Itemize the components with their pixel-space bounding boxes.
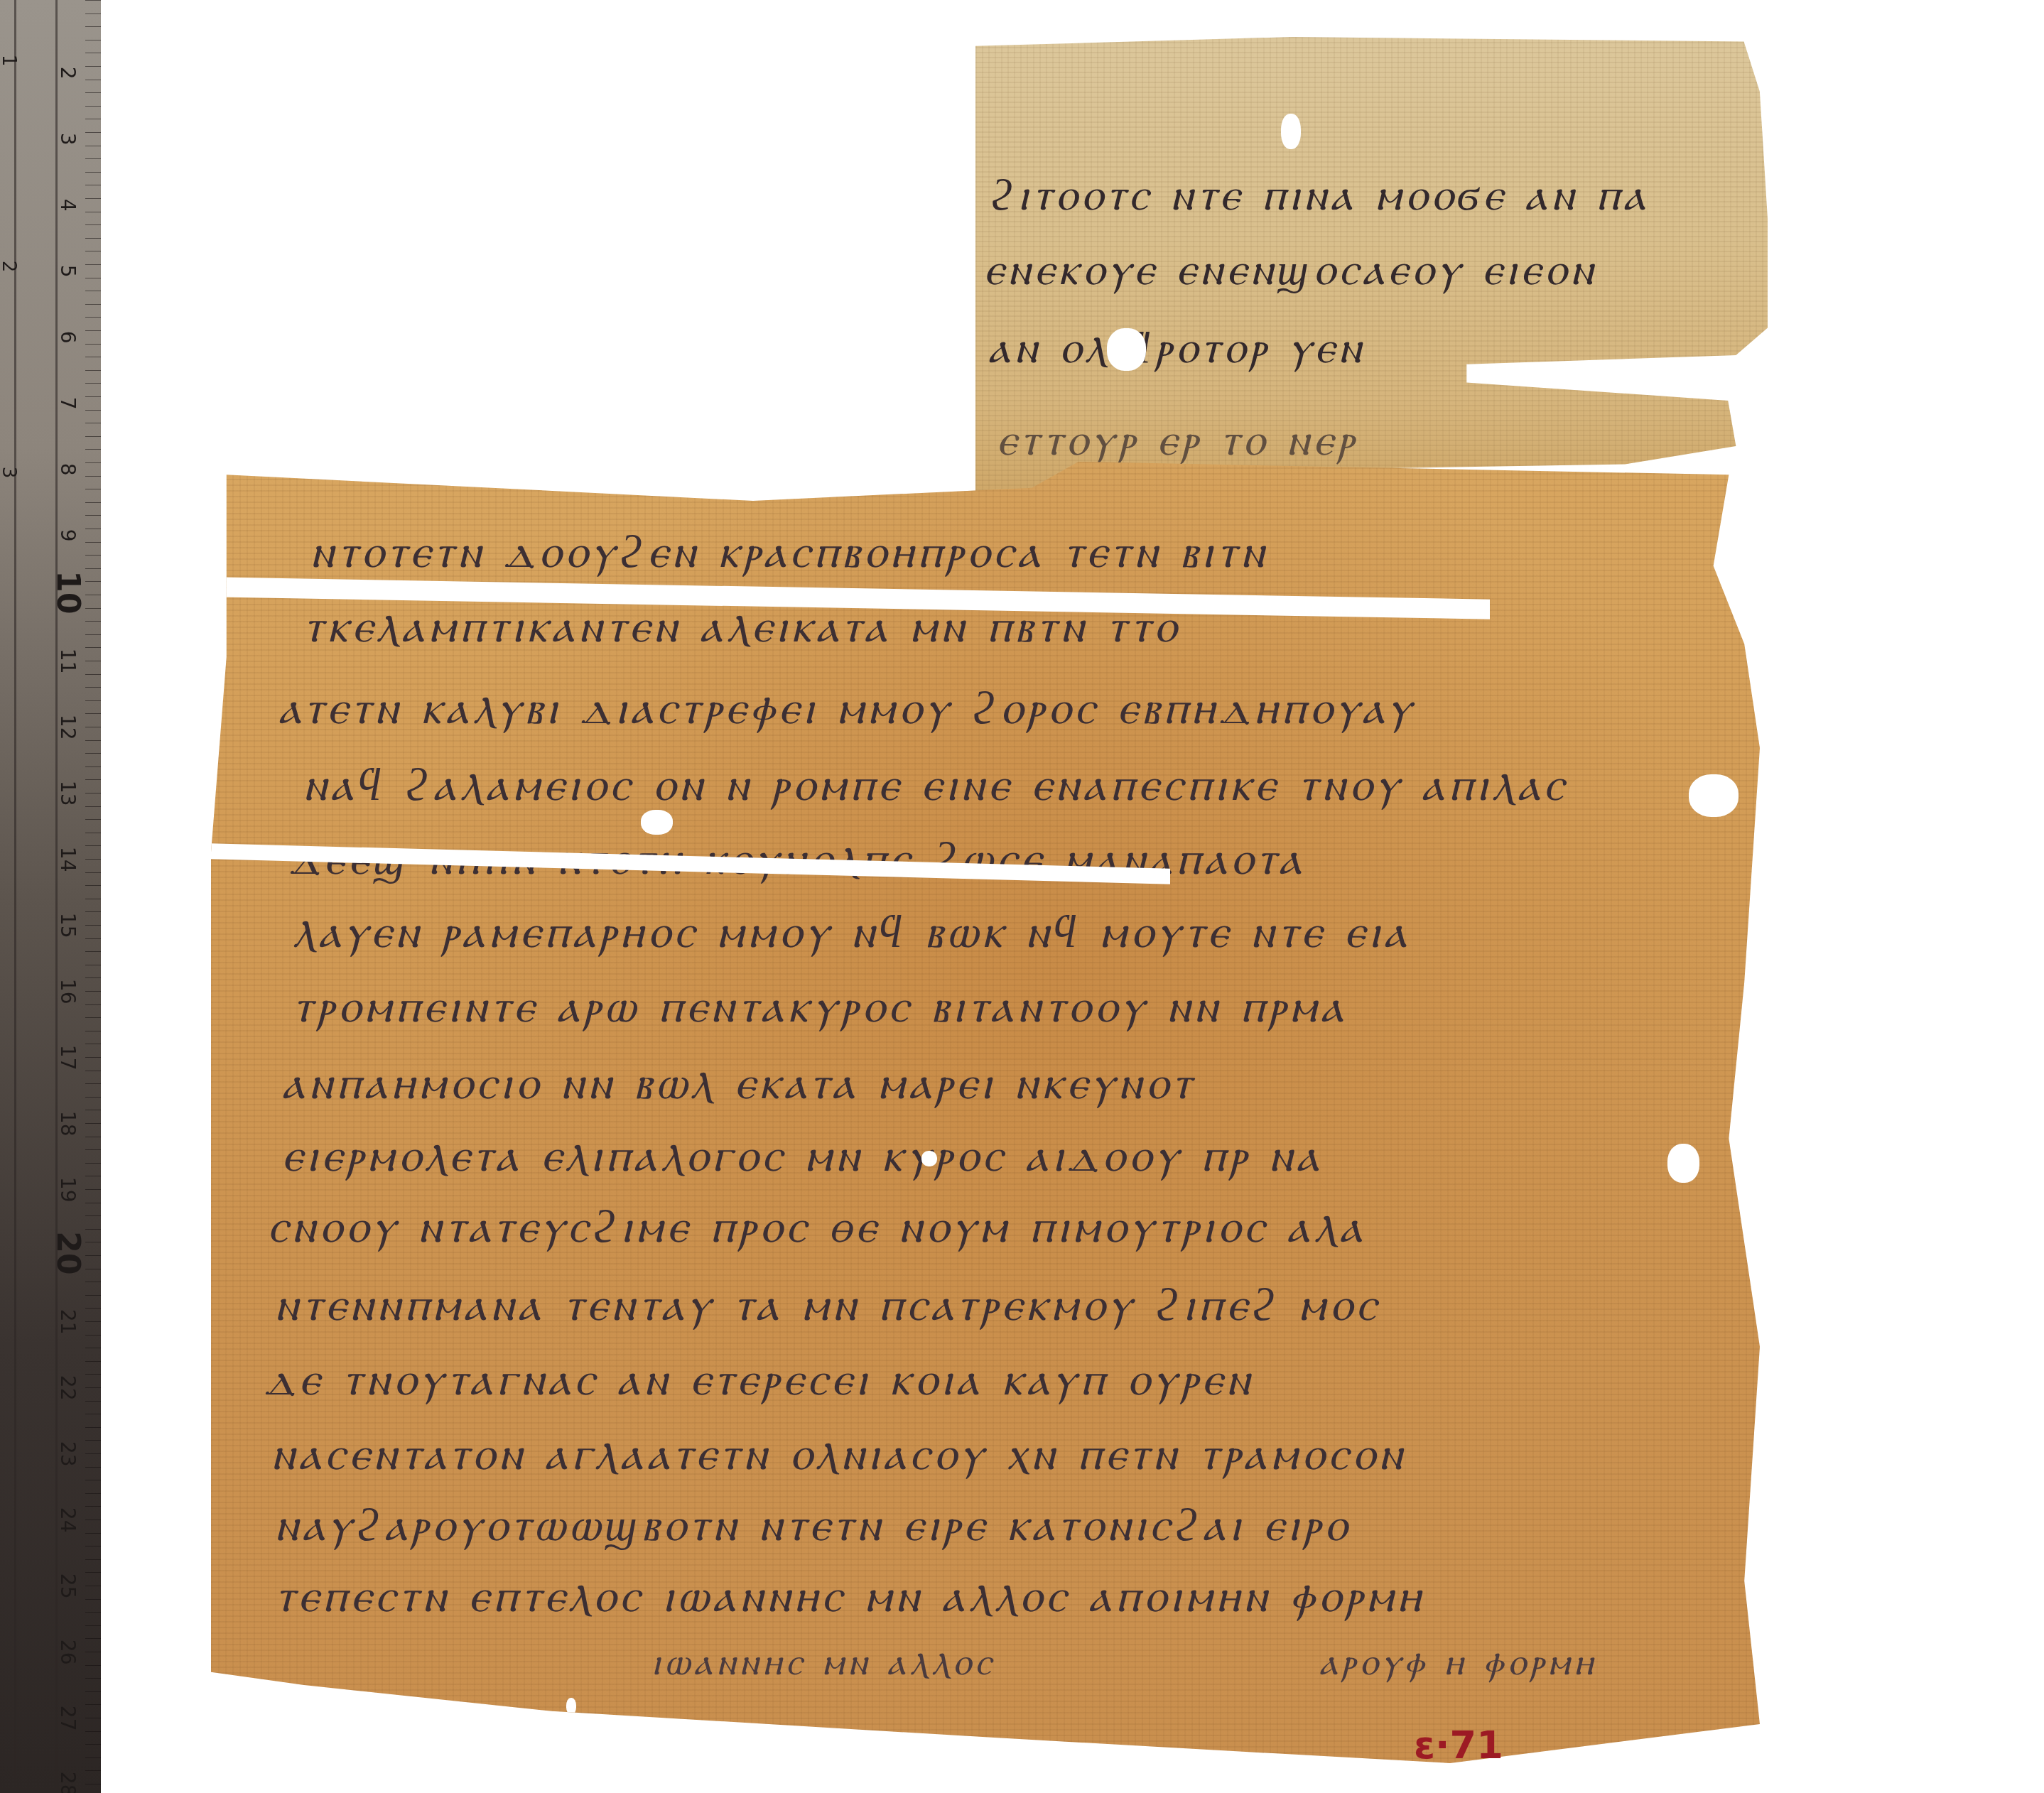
papyrus-upper-fragment: ϩⲓⲧⲟⲟⲧⲥ ⲛⲧⲉ ⲡⲓⲛⲁ ⲙⲟⲟϭⲉ ⲁⲛ ⲡⲁ ⲉⲛⲉⲕⲟⲩⲉ ⲉⲛⲉ…	[975, 37, 1768, 492]
ruler-cm-label: 28	[56, 1748, 80, 1793]
text-line: ⲛⲁⲩϩⲁⲣⲟⲩⲟⲧⲱⲱϣⲃⲟⲧⲛ ⲛⲧⲉⲧⲛ ⲉⲓⲣⲉ ⲕⲁⲧⲟⲛⲓⲥϩⲁⲓ …	[275, 1499, 1351, 1551]
ruler-cm-label: 8	[56, 426, 80, 476]
ruler-cm-label: 7	[56, 360, 80, 410]
text-line: ⲛⲧⲉⲛⲛⲡⲙⲁⲛⲁ ⲧⲉⲛⲧⲁⲩ ⲧⲁ ⲙⲛ ⲡⲥⲁⲧⲣⲉⲕⲙⲟⲩ ϩⲓⲡⲉϩ…	[275, 1279, 1380, 1331]
ruler-cm-label: 16	[56, 955, 80, 1004]
text-line: ⲛⲁⲥⲉⲛⲧⲁⲧⲟⲛ ⲁⲅⲗⲁⲁⲧⲉⲧⲛ ⲟⲗⲛⲓⲁⲥⲟⲩ ⲭⲛ ⲡⲉⲧⲛ ⲧⲣ…	[271, 1428, 1406, 1480]
measuring-ruler: 2345678910111213141516171819202122232425…	[0, 0, 101, 1793]
signature: ⲓⲱⲁⲛⲛⲏⲥ ⲙⲛ ⲁⲗⲗⲟⲥ	[651, 1641, 995, 1684]
ruler-cm-label: 13	[56, 757, 80, 806]
text-line: ⲇⲉ ⲧⲛⲟⲩⲧⲁⲅⲛⲁⲥ ⲁⲛ ⲉⲧⲉⲣⲉⲥⲉⲓ ⲕⲟⲓⲁ ⲕⲁⲩⲡ ⲟⲩⲣⲉ…	[264, 1353, 1254, 1406]
ruler-cm-label: 23	[56, 1417, 80, 1467]
ruler-cm-label: 22	[56, 1351, 80, 1401]
ruler-cm-label: 26	[56, 1615, 80, 1665]
ruler-cm-label: 9	[56, 492, 80, 542]
text-line: ⲉⲓⲉⲣⲙⲟⲗⲉⲧⲁ ⲉⲗⲓⲡⲁⲗⲟⲅⲟⲥ ⲙⲛ ⲕⲩⲣⲟⲥ ⲁⲓⲇⲟⲟⲩ ⲡⲣ…	[282, 1130, 1324, 1182]
ruler-cm-label: 14	[56, 823, 80, 872]
ruler-inch-label: 1	[0, 55, 19, 67]
text-line: ⲛⲧⲟⲧⲉⲧⲛ ⲇⲟⲟⲩϩⲉⲛ ⲕⲣⲁⲥⲡⲃⲟⲏⲡⲣⲟⲥⲁ ⲧⲉⲧⲛ ⲃⲓⲧⲛ	[310, 526, 1268, 578]
papyrus-hole	[1667, 1144, 1699, 1183]
text-line: ⲗⲁⲩⲉⲛ ⲣⲁⲙⲉⲡⲁⲣⲏⲟⲥ ⲙⲙⲟⲩ ⲛϥ ⲃⲱⲕ ⲛϥ ⲙⲟⲩⲧⲉ ⲛⲧ…	[293, 906, 1411, 958]
ruler-cm-label: 24	[56, 1483, 80, 1533]
papyrus-hole	[566, 1698, 576, 1715]
papyrus-hole	[1107, 328, 1146, 371]
ruler-inch-label: 2	[0, 261, 19, 273]
ruler-cm-label: 15	[56, 889, 80, 938]
ruler-cm-label: 4	[56, 162, 80, 212]
ruler-cm-label: 19	[56, 1153, 80, 1203]
ruler-cm-label: 25	[56, 1549, 80, 1599]
text-line: ⲉⲛⲉⲕⲟⲩⲉ ⲉⲛⲉⲛϣⲟⲥⲁⲉⲟⲩ ⲉⲓⲉⲟⲛ	[984, 243, 1597, 296]
ruler-cm-label: 6	[56, 294, 80, 344]
text-line: ⲁⲛⲡⲁⲏⲙⲟⲥⲓⲟ ⲛⲛ ⲃⲱⲗ ⲉⲕⲁⲧⲁ ⲙⲁⲣⲉⲓ ⲛⲕⲉⲩⲛⲟⲧ	[282, 1057, 1196, 1110]
ruler-cm-label: 10	[50, 565, 86, 614]
inventory-number: ε·71	[1414, 1723, 1503, 1767]
text-line: ⲁⲛ ⲟⲗ ϥⲣⲟⲧⲟⲣ ⲩⲉⲛ	[988, 321, 1365, 374]
ruler-cm-label: 18	[56, 1087, 80, 1137]
papyrus-hole	[641, 810, 673, 835]
text-line: ⲧⲉⲡⲉⲥⲧⲛ ⲉⲡⲧⲉⲗⲟⲥ ⲓⲱⲁⲛⲛⲏⲥ ⲙⲛ ⲁⲗⲗⲟⲥ ⲁⲡⲟⲓⲙⲏⲛ…	[275, 1570, 1424, 1623]
signature-right: ⲁⲣⲟⲩⲫ ⲏ ⲫⲟⲣⲙⲏ	[1319, 1641, 1597, 1684]
papyrus-hole	[1689, 774, 1739, 817]
ruler-cm-label: 2	[56, 30, 80, 80]
ruler-inch-label: 3	[0, 467, 19, 479]
ruler-cm-label: 17	[56, 1021, 80, 1071]
text-line: ⲧⲣⲟⲙⲡⲉⲓⲛⲧⲉ ⲁⲣⲱ ⲡⲉⲛⲧⲁⲕⲩⲣⲟⲥ ⲃⲓⲧⲁⲛⲧⲟⲟⲩ ⲛⲛ ⲡ…	[293, 980, 1348, 1033]
ruler-mm-ticks	[85, 0, 101, 1793]
papyrus-hole	[1281, 114, 1301, 149]
papyrus-main-fragment: ⲛⲧⲟⲧⲉⲧⲛ ⲇⲟⲟⲩϩⲉⲛ ⲕⲣⲁⲥⲡⲃⲟⲏⲡⲣⲟⲥⲁ ⲧⲉⲧⲛ ⲃⲓⲧⲛ …	[211, 462, 1760, 1763]
ruler-cm-label: 20	[50, 1225, 86, 1275]
text-line: ϩⲓⲧⲟⲟⲧⲥ ⲛⲧⲉ ⲡⲓⲛⲁ ⲙⲟⲟϭⲉ ⲁⲛ ⲡⲁ	[990, 168, 1650, 221]
text-line: ⲥⲛⲟⲟⲩ ⲛⲧⲁⲧⲉⲩⲥϩⲓⲙⲉ ⲡⲣⲟⲥ ⲑⲉ ⲛⲟⲩⲙ ⲡⲓⲙⲟⲩⲧⲣⲓⲟ…	[268, 1201, 1367, 1253]
ruler-cm-label: 5	[56, 228, 80, 278]
text-line: ⲉⲧⲧⲟⲩⲣ ⲉⲣ ⲧⲟ ⲛⲉⲣ	[997, 413, 1358, 466]
ruler-cm-label: 11	[56, 624, 80, 674]
papyrus-hole	[921, 1151, 937, 1166]
ruler-cm-label: 27	[56, 1681, 80, 1731]
text-line: ⲁⲧⲉⲧⲛ ⲕⲁⲗⲩⲃⲓ ⲇⲓⲁⲥⲧⲣⲉⲫⲉⲓ ⲙⲙⲟⲩ ϩⲟⲣⲟⲥ ⲉⲃⲡⲏⲇ…	[279, 682, 1415, 735]
ruler-cm-label: 3	[56, 96, 80, 146]
text-line: ⲛⲁϥ ϩⲁⲗⲁⲙⲉⲓⲟⲥ ⲟⲛ ⲛ ⲣⲟⲙⲡⲉ ⲉⲓⲛⲉ ⲉⲛⲁⲡⲉⲥⲡⲓⲕⲉ…	[303, 759, 1568, 811]
ruler-cm-label: 21	[56, 1285, 80, 1335]
ruler-cm-label: 12	[56, 690, 80, 740]
